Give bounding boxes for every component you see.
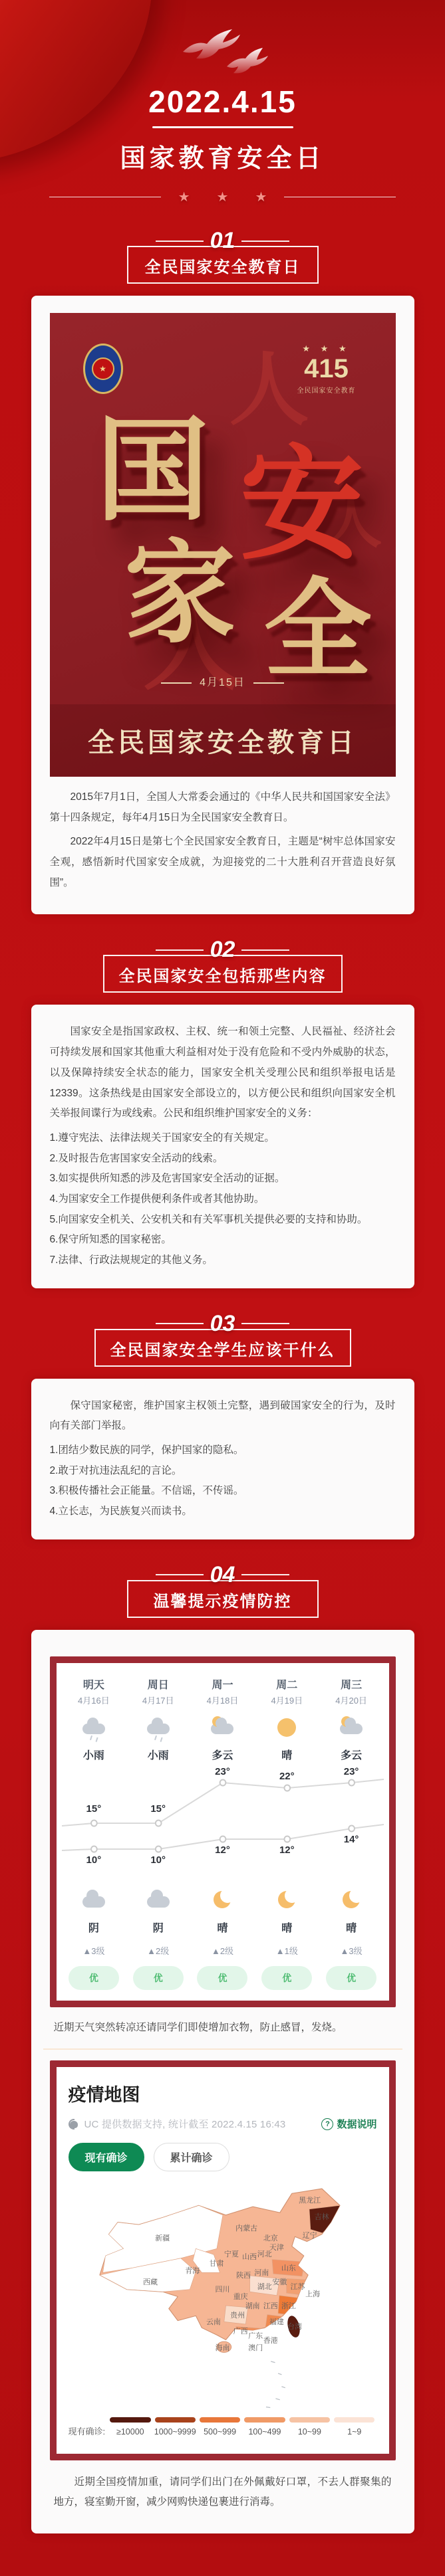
data-source-label: UC 提供数据支持, 统计截至 2022.4.15 16:43 [84, 2117, 286, 2131]
dash-line [156, 1574, 204, 1575]
aqi-badge: 优 [197, 1966, 247, 1990]
list-item: 3.积极传播社会正能量。不信谣，不传谣。 [50, 1481, 396, 1502]
wind-label: ▲1级 [255, 1944, 319, 1957]
weather-column: 晴 ▲1级 优 [255, 1879, 319, 1990]
section-header-04: 04 温馨提示疫情防控 [0, 1562, 445, 1618]
dash-line [156, 949, 204, 951]
high-temp-label: 15° [138, 1803, 178, 1815]
dash-line [241, 241, 289, 242]
province-label: 内蒙古 [235, 2223, 257, 2233]
legend-item: 1~9 [332, 2417, 376, 2438]
map-legend: 现有确诊: ≥10000 1000~9999 500~999 100~499 1… [69, 2417, 377, 2438]
low-temp-label: 10° [74, 1854, 114, 1866]
legend-item: 100~499 [242, 2417, 287, 2438]
tab-total-confirmed[interactable]: 累计确诊 [154, 2143, 229, 2171]
section-header-02: 02 全民国家安全包括那些内容 [0, 937, 445, 993]
province-label: 安徽 [272, 2276, 287, 2287]
high-temp-label: 22° [267, 1771, 307, 1782]
wind-arrow-icon: ▲ [147, 1946, 156, 1956]
wind-arrow-icon: ▲ [212, 1946, 220, 1956]
wind-label: ▲3级 [62, 1944, 126, 1957]
dash-line [241, 1574, 289, 1575]
low-temp-label: 14° [331, 1834, 371, 1845]
legend-label: 现有确诊: [69, 2425, 106, 2438]
wind-label: ▲2级 [126, 1944, 190, 1957]
legend-item: 500~999 [198, 2417, 242, 2438]
paragraph: 2015年7月1日，全国人大常委会通过的《中华人民共和国国家安全法》第十四条规定… [50, 787, 396, 828]
list-item: 6.保守所知悉的国家秘密。 [50, 1230, 396, 1250]
aqi-badge: 优 [261, 1966, 312, 1990]
epidemic-widget: 疫情地图 UC 提供数据支持, 统计截至 2022.4.15 16:43 ? 数… [50, 2060, 396, 2460]
section-number: 01 [209, 228, 237, 254]
rain-icon [78, 1716, 109, 1739]
province-label: 新疆 [155, 2232, 170, 2243]
star-icon: ★ [178, 189, 190, 205]
province-label: 澳门 [248, 2342, 263, 2353]
legend-swatch [200, 2417, 240, 2423]
tab-current-confirmed[interactable]: 现有确诊 [69, 2143, 144, 2171]
province-label: 海南 [216, 2342, 230, 2353]
card-section-01: 人 人 人 ★ ★ ★ ★ 415 全民国家安全教育 国 家 安 全 4月15日… [31, 296, 414, 914]
low-temp-label: 12° [267, 1844, 307, 1856]
legend-swatch [155, 2417, 196, 2423]
dash-line [241, 1323, 289, 1324]
province-label: 广东 [248, 2330, 263, 2341]
divider-line [49, 197, 161, 197]
moon-icon [207, 1888, 237, 1912]
province-label: 山东 [281, 2262, 296, 2273]
section-header-01: 01 全民国家安全教育日 [0, 228, 445, 284]
legend-item: 1000~9999 [153, 2417, 198, 2438]
list-item: 2.敢于对抗违法乱纪的言论。 [50, 1461, 396, 1482]
province-label: 浙江 [281, 2300, 296, 2311]
aqi-badge: 优 [133, 1966, 184, 1990]
wind-arrow-icon: ▲ [82, 1946, 91, 1956]
high-temp-label: 23° [203, 1766, 243, 1777]
data-note-link[interactable]: ? 数据说明 [321, 2117, 376, 2131]
high-temp-label: 15° [74, 1803, 114, 1815]
weather-note: 近期天气突然转凉还请同学们即使增加衣物，防止感冒，发烧。 [54, 2018, 392, 2038]
paragraph: 国家安全是指国家政权、主权、统一和领土完整、人民福祉、经济社会可持续发展和国家其… [50, 1022, 396, 1124]
epidemic-title: 疫情地图 [69, 2080, 377, 2106]
card-section-03: 保守国家秘密，维护国家主权领土完整，遇到破国家安全的行为，及时向有关部门举报。 … [31, 1379, 414, 1539]
weather-day-row: 明天4月16日 小雨 周日4月17日 小雨 周一4月18日 多云 周二4月19日 [62, 1676, 384, 1762]
section-number: 03 [209, 1311, 237, 1337]
weather-column: 阴 ▲3级 优 [62, 1879, 126, 1990]
doves-icon [0, 28, 445, 80]
hero-underline [152, 126, 293, 128]
legend-swatch [244, 2417, 285, 2423]
list-item: 7.法律、行政法规规定的其他义务。 [50, 1250, 396, 1271]
security-day-poster: 人 人 人 ★ ★ ★ ★ 415 全民国家安全教育 国 家 安 全 4月15日… [50, 313, 396, 777]
weather-column: 晴 ▲2级 优 [190, 1879, 255, 1990]
province-label: 湖北 [257, 2281, 272, 2292]
province-label: 河南 [254, 2267, 269, 2278]
dash-line [241, 949, 289, 951]
legend-item: ≥10000 [108, 2417, 152, 2438]
dash-line [156, 1323, 204, 1324]
province-label: 甘肃 [209, 2258, 223, 2268]
province-label: 福建 [269, 2316, 284, 2327]
poster-banner-title: 全民国家安全教育日 [50, 704, 396, 777]
china-epidemic-map: 新疆 西藏 青海 甘肃 宁夏 内蒙古 黑龙江 吉林 辽宁 北京 天津 河北 山西… [73, 2177, 373, 2411]
rain-icon [143, 1716, 174, 1739]
province-label: 湖南 [245, 2300, 260, 2311]
calligraphy-char: 家 [124, 504, 236, 664]
moon-icon [271, 1888, 302, 1912]
section-header-03: 03 全民国家安全学生应该干什么 [0, 1311, 445, 1367]
card-section-02: 国家安全是指国家政权、主权、统一和领土完整、人民福祉、经济社会可持续发展和国家其… [31, 1005, 414, 1288]
high-temp-label: 23° [331, 1766, 371, 1777]
legend-item: 10~99 [287, 2417, 332, 2438]
question-circle-icon: ? [321, 2118, 333, 2130]
weather-column: 周一4月18日 多云 [190, 1676, 255, 1762]
star-icon: ★ [217, 189, 229, 205]
low-temp-label: 10° [138, 1854, 178, 1866]
province-label: 贵州 [230, 2310, 245, 2320]
weather-column: 明天4月16日 小雨 [62, 1676, 126, 1762]
paragraph: 保守国家秘密，维护国家主权领土完整，遇到破国家安全的行为，及时向有关部门举报。 [50, 1396, 396, 1437]
epidemic-note: 近期全国疫情加重，请同学们出门在外佩戴好口罩，不去人群聚集的地方，寝室勤开窗，减… [54, 2472, 392, 2512]
province-label: 陕西 [236, 2270, 251, 2280]
aqi-badge: 优 [69, 1966, 119, 1990]
section-number: 04 [209, 1562, 237, 1588]
province-label: 宁夏 [224, 2248, 239, 2259]
province-label: 吉林 [315, 2211, 329, 2222]
province-label: 四川 [216, 2284, 230, 2294]
list-item: 2.及时报告危害国家安全活动的线索。 [50, 1149, 396, 1169]
data-note-label: 数据说明 [337, 2117, 376, 2131]
weather-column: 晴 ▲3级 优 [319, 1879, 384, 1990]
hero: 2022.4.15 国家教育安全日 ★ ★ ★ [0, 0, 445, 205]
moon-icon [336, 1888, 367, 1912]
cloud-icon [78, 1888, 109, 1912]
province-label: 青海 [185, 2265, 200, 2276]
province-label: 台湾 [287, 2321, 302, 2331]
list-item: 1.团结少数民族的同学，保护国家的隐私。 [50, 1440, 396, 1461]
province-label: 西藏 [143, 2276, 158, 2287]
weather-column: 周日4月17日 小雨 [126, 1676, 190, 1762]
list-item: 1.遵守宪法、法律法规关于国家安全的有关规定。 [50, 1128, 396, 1149]
weather-night-row: 阴 ▲3级 优 阴 ▲2级 优 晴 ▲2级 优 [62, 1879, 384, 1990]
section-divider [43, 2048, 402, 2050]
temperature-chart: 15° 15° 23° 22° 23° 10° 10° 12° 12° 14° [62, 1766, 384, 1878]
province-label: 江苏 [291, 2281, 305, 2292]
province-label: 辽宁 [303, 2230, 317, 2240]
divider-line [284, 197, 396, 197]
wind-label: ▲2级 [190, 1944, 255, 1957]
list-item: 4.立长志，为民族复兴而读书。 [50, 1502, 396, 1522]
sun-cloud-icon [207, 1716, 237, 1739]
province-label: 上海 [305, 2288, 320, 2299]
list-item: 5.向国家安全机关、公安机关和有关军事机关提供必要的支持和协助。 [50, 1210, 396, 1231]
legend-swatch [289, 2417, 330, 2423]
weather-column: 周三4月20日 多云 [319, 1676, 384, 1762]
province-label: 云南 [206, 2316, 221, 2327]
low-temp-label: 12° [203, 1844, 243, 1856]
province-label: 山西 [242, 2251, 257, 2262]
sun-icon [271, 1716, 302, 1739]
aqi-badge: 优 [326, 1966, 376, 1990]
poster-date: 4月15日 [50, 674, 396, 689]
list-item: 4.为国家安全工作提供便利条件或者其他协助。 [50, 1189, 396, 1210]
page-title: 国家教育安全日 [0, 138, 445, 174]
province-label: 黑龙江 [299, 2195, 321, 2205]
province-label: 河北 [257, 2248, 272, 2259]
star-row: ★ ★ ★ [0, 189, 445, 205]
legend-swatch [334, 2417, 374, 2423]
wind-arrow-icon: ▲ [341, 1946, 349, 1956]
province-label: 江西 [263, 2300, 278, 2311]
cloud-icon [143, 1888, 174, 1912]
weather-column: 阴 ▲2级 优 [126, 1879, 190, 1990]
wind-label: ▲3级 [319, 1944, 384, 1957]
section-number: 02 [209, 937, 237, 963]
dash-line [156, 241, 204, 242]
paragraph: 2022年4月15日是第七个全民国家安全教育日，主题是“树牢总体国家安全观，感悟… [50, 832, 396, 893]
list-item: 3.如实提供所知悉的涉及危害国家安全活动的证据。 [50, 1169, 396, 1189]
hero-date: 2022.4.15 [0, 84, 445, 120]
star-icon: ★ [255, 189, 267, 205]
province-label: 香港 [263, 2335, 278, 2345]
sun-cloud-icon [336, 1716, 367, 1739]
province-label: 广西 [233, 2326, 248, 2336]
card-section-04: 明天4月16日 小雨 周日4月17日 小雨 周一4月18日 多云 周二4月19日 [31, 1630, 414, 2534]
wind-arrow-icon: ▲ [276, 1946, 285, 1956]
legend-swatch [110, 2417, 150, 2423]
weather-widget: 明天4月16日 小雨 周日4月17日 小雨 周一4月18日 多云 周二4月19日 [50, 1656, 396, 2007]
uc-squirrel-icon [69, 2118, 80, 2130]
weather-column: 周二4月19日 晴 [255, 1676, 319, 1762]
